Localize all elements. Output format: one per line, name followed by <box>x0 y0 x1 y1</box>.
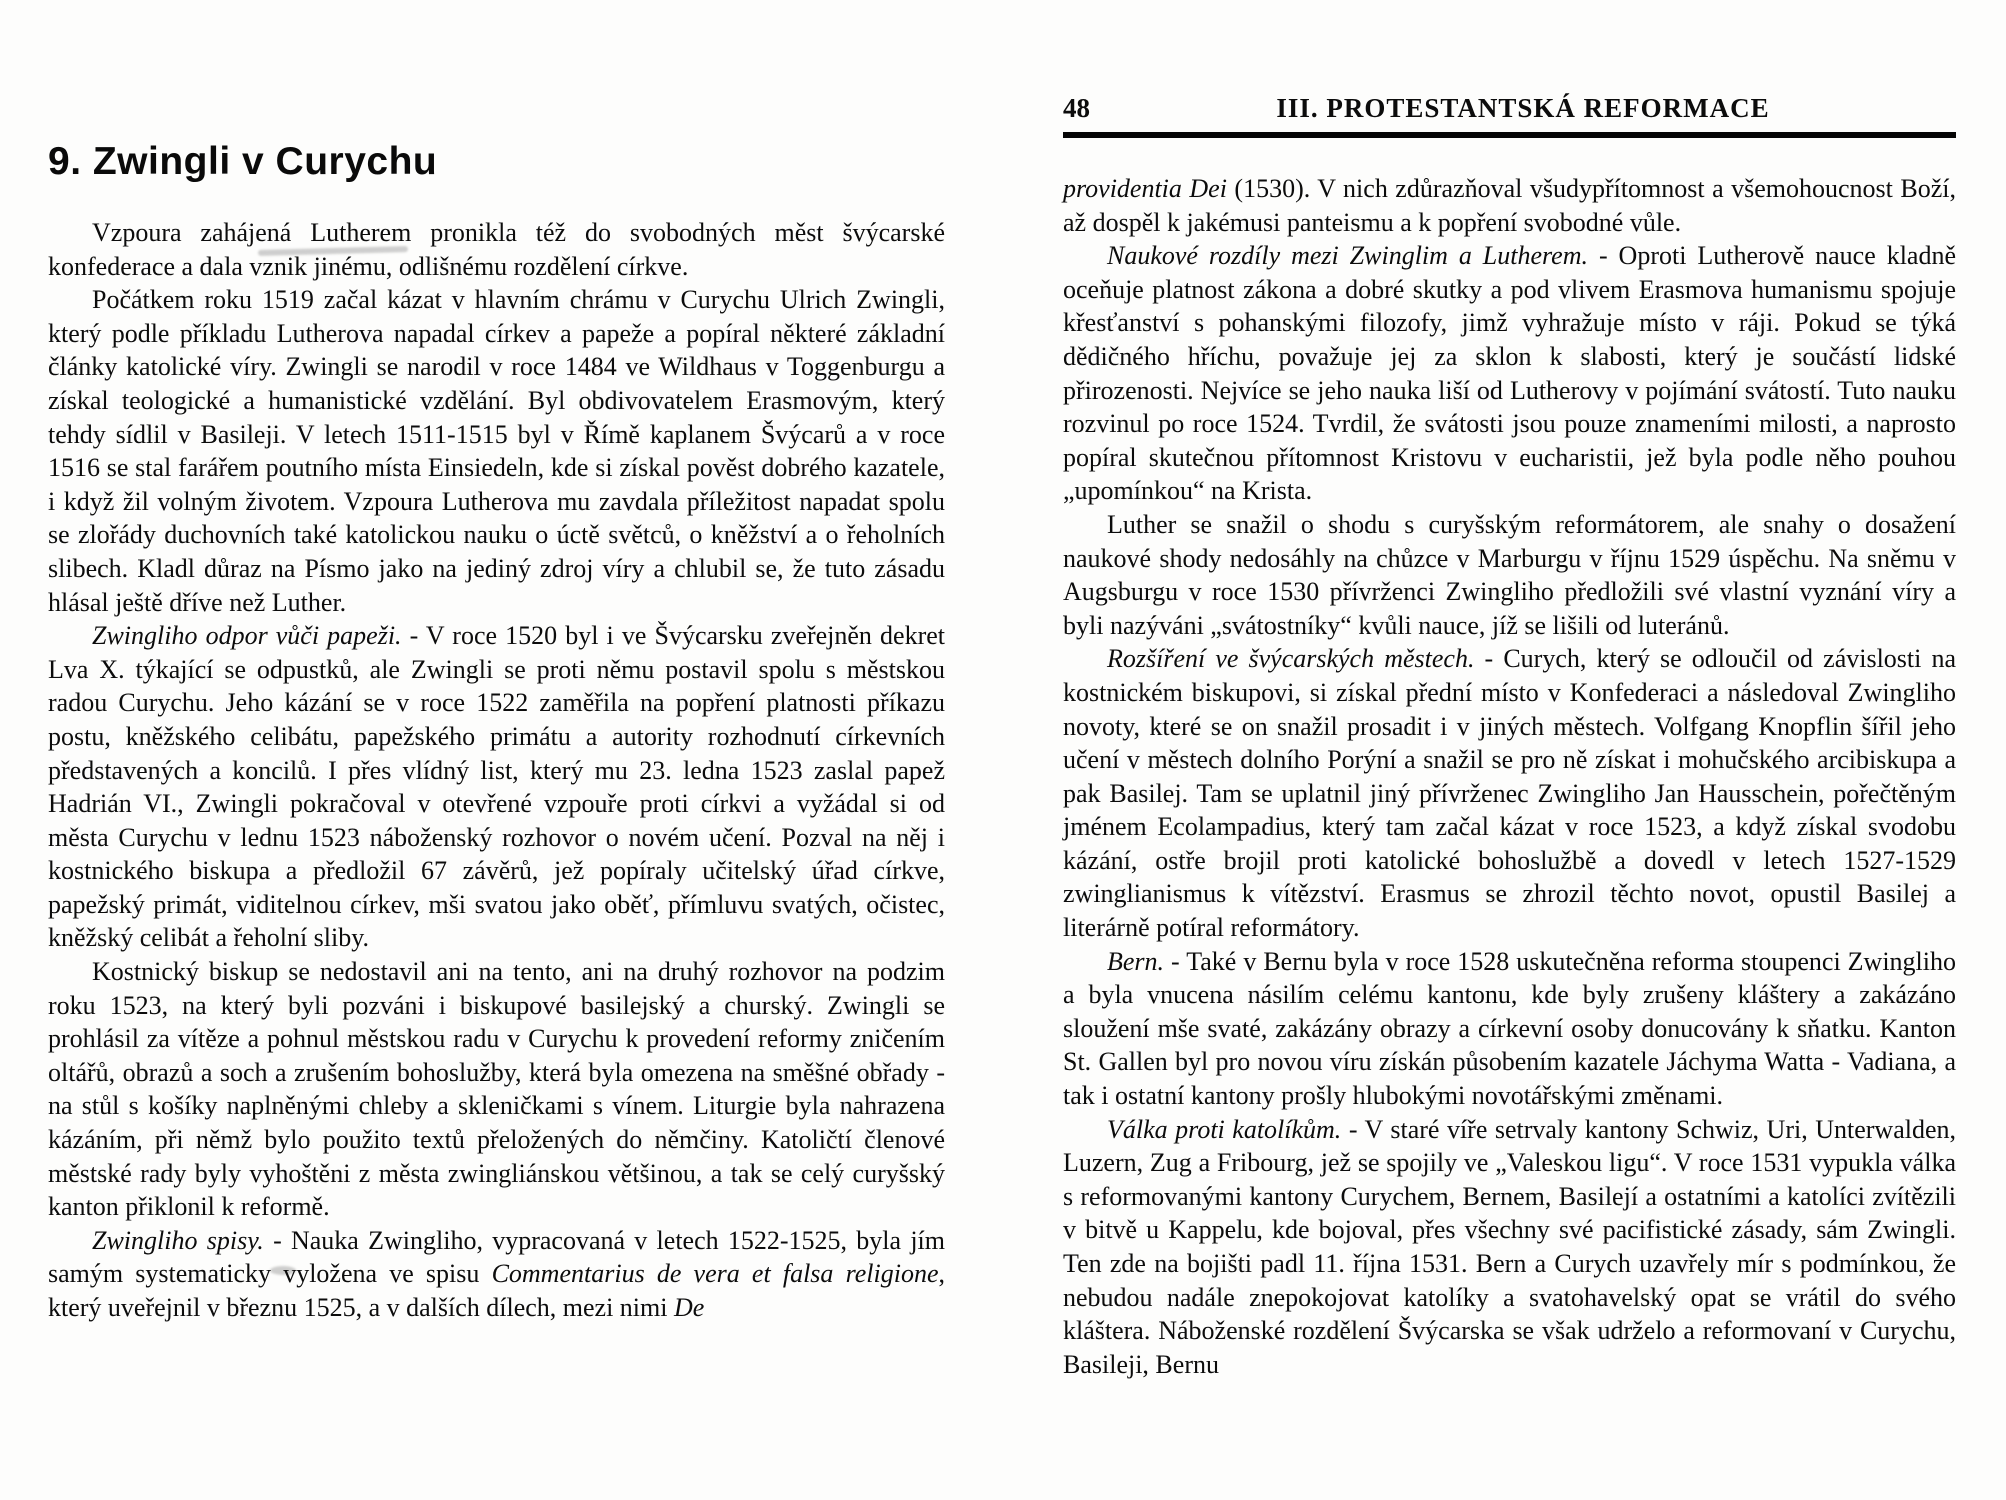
paragraph: Rozšíření ve švýcarských městech. - Cury… <box>1063 642 1956 944</box>
text-run: - V staré víře setrvaly kantony Schwiz, … <box>1063 1115 1956 1379</box>
italic-run: Válka proti katolíkům. <box>1107 1115 1341 1144</box>
text-run: - Oproti Lutherově nauce kladně oceňuje … <box>1063 241 1956 505</box>
chapter-heading: 9. Zwingli v Curychu <box>48 140 945 184</box>
italic-run: providentia Dei <box>1063 174 1227 203</box>
paragraph: Bern. - Také v Bernu byla v roce 1528 us… <box>1063 945 1956 1113</box>
right-page: 48 III. PROTESTANTSKÁ REFORMACE providen… <box>1063 88 1956 1381</box>
paragraph: Naukové rozdíly mezi Zwinglim a Lutherem… <box>1063 239 1956 508</box>
text-run: Kostnický biskup se nedostavil ani na te… <box>48 957 945 1221</box>
left-page-body: Vzpoura zahájená Lutherem pronikla též d… <box>48 216 945 1325</box>
paragraph: providentia Dei (1530). V nich zdůrazňov… <box>1063 172 1956 239</box>
italic-run: Naukové rozdíly mezi Zwinglim a Lutherem… <box>1107 241 1588 270</box>
italic-run: De <box>674 1293 704 1322</box>
paragraph: Zwingliho spisy. - Nauka Zwingliho, vypr… <box>48 1224 945 1325</box>
left-page: 9. Zwingli v Curychu Vzpoura zahájená Lu… <box>48 140 945 1325</box>
page-number: 48 <box>1063 88 1090 128</box>
italic-run: Commentarius de vera et falsa religione <box>492 1259 939 1288</box>
paragraph: Luther se snažil o shodu s curyšským ref… <box>1063 508 1956 642</box>
paragraph: Kostnický biskup se nedostavil ani na te… <box>48 955 945 1224</box>
paragraph: Zwingliho odpor vůči papeži. - V roce 15… <box>48 619 945 955</box>
paragraph: Vzpoura zahájená Lutherem pronikla též d… <box>48 216 945 283</box>
header-rule <box>1063 132 1956 138</box>
book-spread: 9. Zwingli v Curychu Vzpoura zahájená Lu… <box>0 0 2006 1500</box>
text-run: Luther se snažil o shodu s curyšským ref… <box>1063 510 1956 640</box>
running-header: 48 III. PROTESTANTSKÁ REFORMACE <box>1063 88 1956 128</box>
italic-run: Bern. <box>1107 947 1164 976</box>
text-run: - Curych, který se odloučil od závislost… <box>1063 644 1956 942</box>
running-title: III. PROTESTANTSKÁ REFORMACE <box>1090 88 1956 128</box>
text-run: Vzpoura zahájená Lutherem pronikla též d… <box>48 218 945 281</box>
paragraph: Počátkem roku 1519 začal kázat v hlavním… <box>48 283 945 619</box>
text-run: Počátkem roku 1519 začal kázat v hlavním… <box>48 285 945 616</box>
text-run: - V roce 1520 byl i ve Švýcarsku zveřejn… <box>48 621 945 952</box>
right-page-body: providentia Dei (1530). V nich zdůrazňov… <box>1063 172 1956 1381</box>
text-run: - Také v Bernu byla v roce 1528 uskutečn… <box>1063 947 1956 1110</box>
italic-run: Zwingliho spisy. <box>92 1226 264 1255</box>
paragraph: Válka proti katolíkům. - V staré víře se… <box>1063 1113 1956 1382</box>
italic-run: Zwingliho odpor vůči papeži. <box>92 621 402 650</box>
italic-run: Rozšíření ve švýcarských městech. <box>1107 644 1474 673</box>
